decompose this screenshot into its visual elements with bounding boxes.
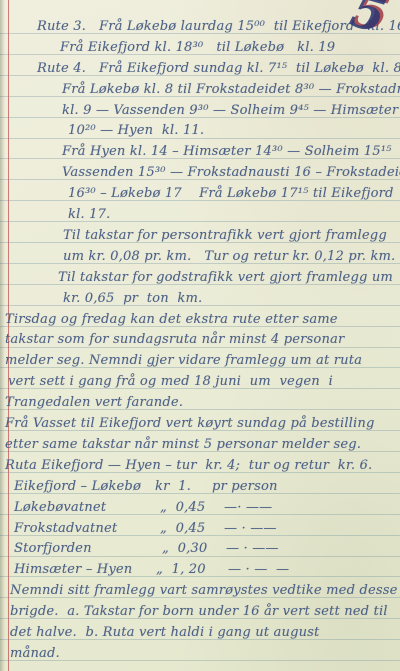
handwritten-line: det halve. b. Ruta vert haldi i gang ut … — [10, 625, 319, 640]
ledger-page: Rute 3. Frå Løkebø laurdag 15⁰⁰ til Eike… — [0, 0, 400, 671]
fare-table-cell: — · —— — [226, 541, 279, 556]
handwritten-line: um kr. 0,08 pr. km. Tur og retur kr. 0,1… — [63, 249, 395, 264]
handwritten-line: Trangedalen vert farande. — [5, 395, 183, 410]
fare-table-cell: — · —— — [224, 521, 277, 536]
handwritten-line: Tirsdag og fredag kan det ekstra rute et… — [5, 312, 338, 327]
handwritten-line: Til takstar for godstrafikk vert gjort f… — [58, 270, 393, 285]
handwritten-line: Frå Vasset til Eikefjord vert køyrt sund… — [5, 416, 375, 431]
handwritten-line: kl. 17. — [68, 207, 110, 222]
fare-table-cell: Frokstadvatnet — [14, 521, 117, 536]
handwritten-line: Rute 3. Frå Løkebø laurdag 15⁰⁰ til Eike… — [37, 19, 400, 34]
fare-table-cell: kr 1. — [155, 479, 191, 494]
handwritten-line: vert sett i gang frå og med 18 juni um v… — [8, 374, 333, 389]
handwritten-line: Frå Løkebø kl. 8 til Frokstadeidet 8³⁰ —… — [62, 82, 400, 97]
fare-table-cell: pr person — [212, 479, 278, 494]
ruled-line — [0, 660, 400, 661]
handwritten-line: Nemndi sitt framlegg vart samrøystes ved… — [10, 583, 397, 598]
handwritten-line: månad. — [10, 646, 60, 661]
handwritten-line: kr. 0,65 pr ton km. — [63, 291, 202, 306]
fare-table-cell: Storfjorden — [14, 541, 92, 556]
fare-table-cell: — · — — — [228, 562, 289, 577]
handwritten-line: Frå Eikefjord kl. 18³⁰ til Løkebø kl. 19 — [60, 40, 335, 55]
fare-table-cell: —· —— — [224, 500, 272, 515]
handwritten-line: 10²⁰ — Hyen kl. 11. — [68, 123, 204, 138]
handwritten-line: Frå Hyen kl. 14 – Himsæter 14³⁰ — Solhei… — [62, 144, 392, 159]
ruled-line — [0, 221, 400, 222]
handwritten-line: melder seg. Nemndi gjer vidare framlegg … — [5, 353, 362, 368]
handwritten-line: brigde. a. Takstar for born under 16 år … — [10, 604, 388, 619]
handwritten-line: takstar som for sundagsruta når minst 4 … — [5, 332, 344, 347]
fare-table-cell: Løkebøvatnet — [14, 500, 106, 515]
fare-table-cell: „ 0,45 — [160, 500, 205, 515]
handwritten-line: Vassenden 15³⁰ — Frokstadnausti 16 – Fro… — [62, 165, 400, 180]
handwritten-line: Ruta Eikefjord — Hyen – tur kr. 4; tur o… — [5, 458, 372, 473]
fare-table-cell: Eikefjord – Løkebø — [14, 479, 141, 494]
fare-table-cell: „ 0,45 — [160, 521, 205, 536]
handwritten-line: Til takstar for persontrafikk vert gjort… — [63, 228, 387, 243]
handwritten-line: kl. 9 — Vassenden 9³⁰ — Solheim 9⁴⁵ — Hi… — [62, 103, 398, 118]
fare-table-cell: „ 0,30 — [162, 541, 207, 556]
handwritten-line: 16³⁰ – Løkebø 17 Frå Løkebø 17¹⁵ til Eik… — [68, 186, 394, 201]
handwritten-line: Rute 4. Frå Eikefjord sundag kl. 7¹⁵ til… — [37, 61, 400, 76]
fare-table-cell: „ 1, 20 — [156, 562, 206, 577]
fare-table-cell: Himsæter – Hyen — [14, 562, 132, 577]
handwritten-line: etter same takstar når minst 5 personar … — [5, 437, 361, 452]
